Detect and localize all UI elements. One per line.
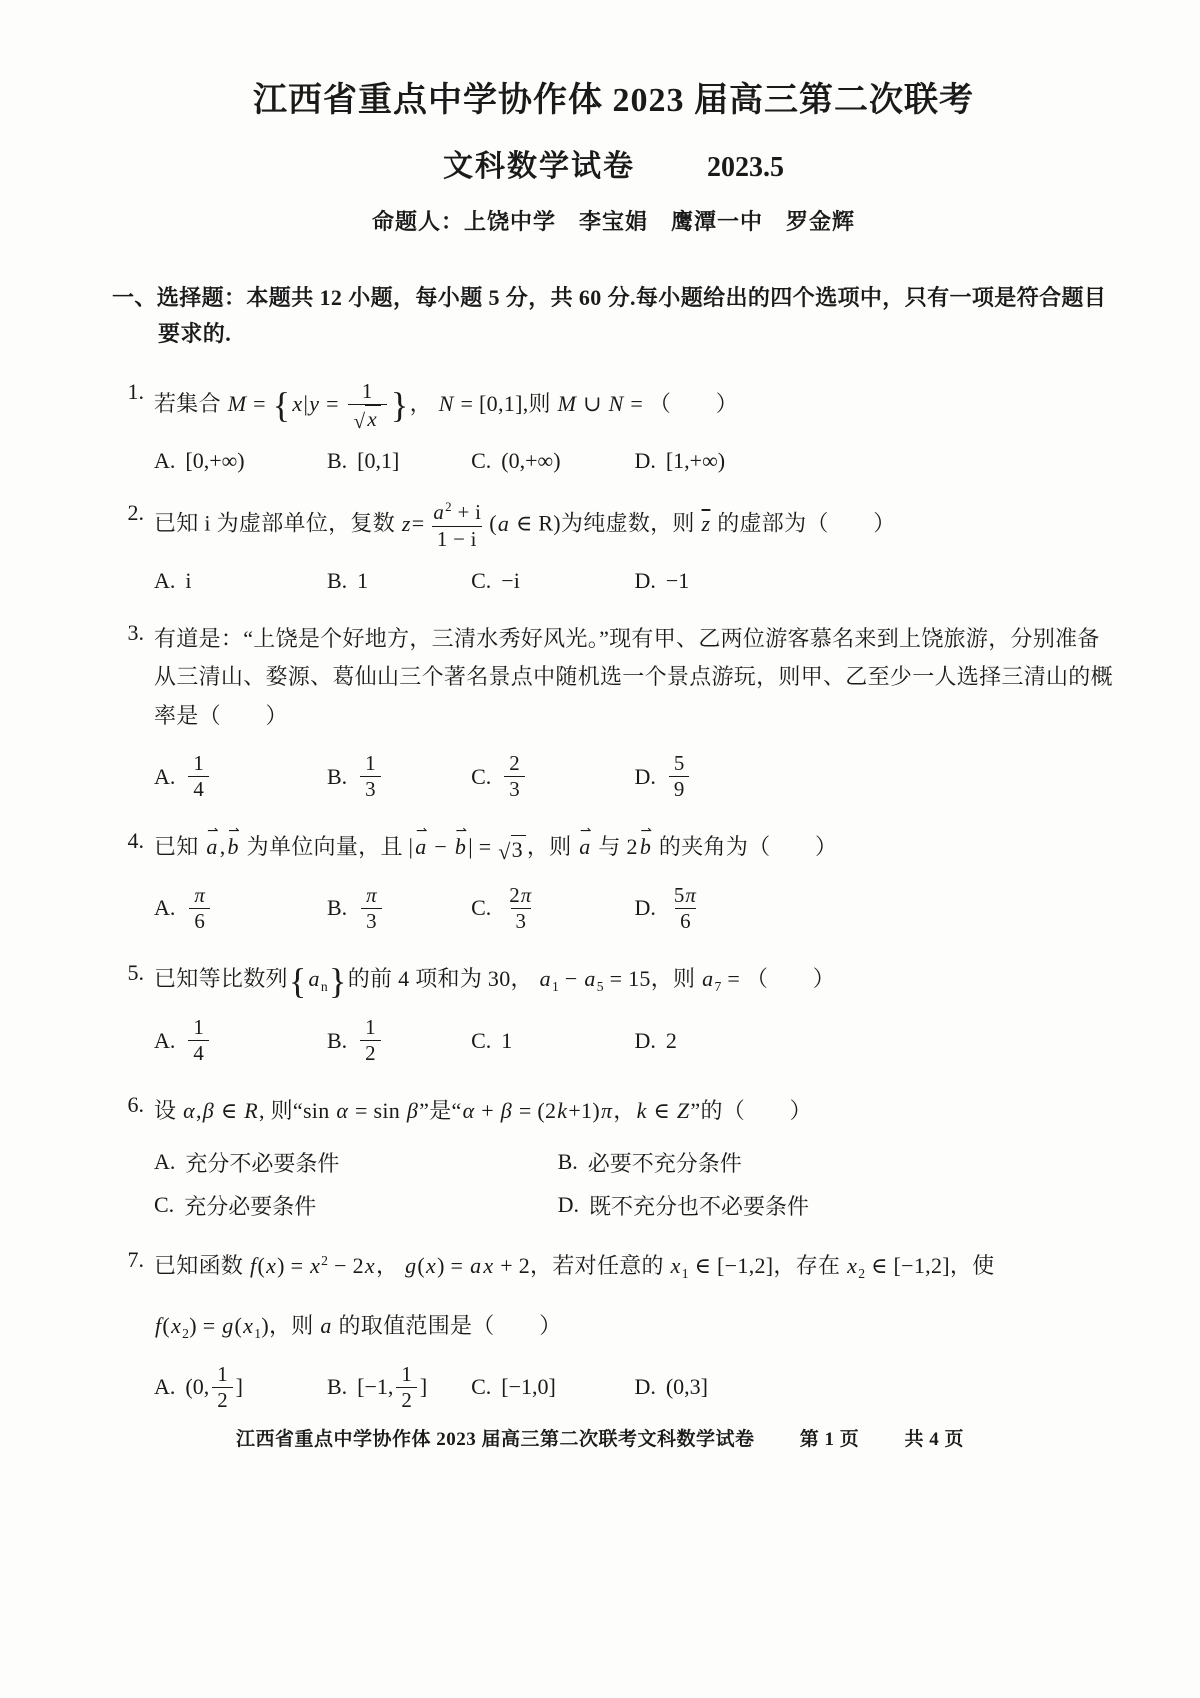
option-label: D. (634, 1374, 655, 1400)
options: A.π6B.π3C.2π3D.5π6 (154, 883, 1115, 934)
question-4: 4.已知 a,b 为单位向量，且 |a − b| = √3，则 a 与 2b 的… (112, 828, 1115, 934)
exam-subject: 文科数学试卷 (443, 141, 635, 185)
option-label: C. (471, 568, 491, 594)
option-B: B.1 (327, 568, 471, 594)
option-label: B. (327, 1374, 347, 1400)
exam-authors: 命题人：上饶中学 李宝娟 鹰潭一中 罗金辉 (112, 205, 1115, 236)
option-C: C.−i (471, 568, 634, 594)
question-number: 6. (112, 1092, 154, 1221)
question-stem: f(x2) = g(x1)，则 a 的取值范围是（ ） (154, 1307, 1115, 1346)
options: A.(0,12]B.[−1,12]C.[−1,0]D.(0,3] (154, 1362, 1115, 1413)
option-label: C. (154, 1192, 174, 1218)
question-body: 设 α,β ∈ R, 则“sin α = sin β”是“α + β = (2k… (154, 1092, 1115, 1221)
exam-subtitle-row: 文科数学试卷 2023.5 (112, 141, 1115, 185)
option-label: B. (327, 568, 347, 594)
option-B: B.[−1,12] (327, 1362, 471, 1413)
option-A: A.[0,+∞) (154, 448, 327, 474)
question-number: 2. (112, 500, 154, 593)
option-label: A. (154, 895, 175, 921)
option-C: C.1 (471, 1028, 634, 1054)
question-body: 已知 a,b 为单位向量，且 |a − b| = √3，则 a 与 2b 的夹角… (154, 828, 1115, 934)
footer-page-number: 第 1 页 (800, 1429, 860, 1450)
question-stem: 有道是：“上饶是个好地方，三清水秀好风光。”现有甲、乙两位游客慕名来到上饶旅游，… (154, 620, 1115, 736)
option-D: D.2 (634, 1028, 1115, 1054)
fraction: π6 (188, 883, 210, 934)
option-A: A.i (154, 568, 327, 594)
question-number: 1. (112, 379, 154, 475)
option-label: D. (634, 448, 655, 474)
option-label: C. (471, 1028, 491, 1054)
question-stem: 已知 a,b 为单位向量，且 |a − b| = √3，则 a 与 2b 的夹角… (154, 828, 1115, 867)
option-label: B. (327, 895, 347, 921)
question-body: 有道是：“上饶是个好地方，三清水秀好风光。”现有甲、乙两位游客慕名来到上饶旅游，… (154, 620, 1115, 803)
question-7: 7.已知函数 f(x) = x2 − 2x， g(x) = ax + 2，若对任… (112, 1247, 1115, 1413)
question-stem: 已知函数 f(x) = x2 − 2x， g(x) = ax + 2，若对任意的… (154, 1247, 1115, 1286)
question-number: 4. (112, 828, 154, 934)
fraction: 5π6 (669, 883, 702, 934)
page-footer: 江西省重点中学协作体 2023 届高三第二次联考文科数学试卷 第 1 页 共 4… (0, 1424, 1200, 1451)
option-B: B.必要不充分条件 (558, 1147, 1115, 1178)
option-label: C. (471, 895, 491, 921)
option-A: A.14 (154, 751, 327, 802)
option-label: D. (558, 1192, 579, 1218)
option-D: D.[1,+∞) (634, 448, 1115, 474)
option-D: D.5π6 (634, 883, 1115, 934)
option-D: D.−1 (634, 568, 1115, 594)
option-label: A. (154, 1374, 175, 1400)
option-label: D. (634, 1028, 655, 1054)
option-C: C.23 (471, 751, 634, 802)
option-label: C. (471, 1374, 491, 1400)
option-label: B. (327, 1028, 347, 1054)
options: A.iB.1C.−iD.−1 (154, 568, 1115, 594)
question-stem: 若集合 M = {x|y = 1√x}， N = [0,1],则 M ∪ N =… (154, 379, 1115, 433)
option-D: D.(0,3] (634, 1374, 1115, 1400)
question-stem: 已知 i 为虚部单位，复数 z=a2 + i1 − i(a ∈ R)为纯虚数，则… (154, 500, 1115, 551)
fraction: 14 (188, 751, 208, 802)
option-label: A. (154, 1149, 175, 1175)
question-stem: 设 α,β ∈ R, 则“sin α = sin β”是“α + β = (2k… (154, 1092, 1115, 1131)
exam-title: 江西省重点中学协作体 2023 届高三第二次联考 (112, 72, 1115, 121)
option-label: A. (154, 448, 175, 474)
option-D: D.59 (634, 751, 1115, 802)
option-A: A.14 (154, 1015, 327, 1066)
option-label: B. (558, 1149, 578, 1175)
option-B: B.13 (327, 751, 471, 802)
options: A.14B.12C.1D.2 (154, 1015, 1115, 1066)
fraction: 12 (360, 1015, 380, 1066)
option-C: C.充分必要条件 (154, 1190, 558, 1221)
footer-page-total: 共 4 页 (905, 1429, 965, 1450)
question-3: 3.有道是：“上饶是个好地方，三清水秀好风光。”现有甲、乙两位游客慕名来到上饶旅… (112, 620, 1115, 803)
exam-date: 2023.5 (707, 152, 784, 184)
fraction: π3 (360, 883, 382, 934)
square-root: √3 (498, 835, 526, 864)
option-label: C. (471, 764, 491, 790)
option-label: D. (634, 568, 655, 594)
option-label: D. (634, 895, 655, 921)
fraction: 12 (396, 1362, 416, 1413)
option-label: A. (154, 764, 175, 790)
options: A.[0,+∞)B.[0,1]C.(0,+∞)D.[1,+∞) (154, 448, 1115, 474)
question-stem: 已知等比数列{an}的前 4 项和为 30， a1 − a5 = 15，则 a7… (154, 960, 1115, 999)
option-label: B. (327, 448, 347, 474)
question-1: 1.若集合 M = {x|y = 1√x}， N = [0,1],则 M ∪ N… (112, 379, 1115, 475)
option-B: B.12 (327, 1015, 471, 1066)
option-label: A. (154, 1028, 175, 1054)
question-number: 5. (112, 960, 154, 1066)
fraction: 2π3 (504, 883, 537, 934)
question-6: 6.设 α,β ∈ R, 则“sin α = sin β”是“α + β = (… (112, 1092, 1115, 1221)
fraction: 13 (360, 751, 380, 802)
option-label: C. (471, 448, 491, 474)
option-C: C.2π3 (471, 883, 634, 934)
fraction: 59 (669, 751, 689, 802)
square-root: √x (354, 405, 381, 432)
option-D: D.既不充分也不必要条件 (558, 1190, 1115, 1221)
options: A.14B.13C.23D.59 (154, 751, 1115, 802)
fraction: a2 + i1 − i (427, 500, 486, 551)
option-C: C.[−1,0] (471, 1374, 634, 1400)
question-2: 2.已知 i 为虚部单位，复数 z=a2 + i1 − i(a ∈ R)为纯虚数… (112, 500, 1115, 593)
option-A: A.充分不必要条件 (154, 1147, 558, 1178)
question-body: 已知等比数列{an}的前 4 项和为 30， a1 − a5 = 15，则 a7… (154, 960, 1115, 1066)
option-label: A. (154, 568, 175, 594)
question-5: 5.已知等比数列{an}的前 4 项和为 30， a1 − a5 = 15，则 … (112, 960, 1115, 1066)
exam-page: 江西省重点中学协作体 2023 届高三第二次联考 文科数学试卷 2023.5 命… (0, 0, 1200, 1698)
fraction: 12 (212, 1362, 232, 1413)
options: A.充分不必要条件B.必要不充分条件C.充分必要条件D.既不充分也不必要条件 (154, 1147, 1115, 1221)
questions: 1.若集合 M = {x|y = 1√x}， N = [0,1],则 M ∪ N… (112, 379, 1115, 1413)
question-number: 3. (112, 620, 154, 803)
fraction: 1√x (348, 379, 387, 433)
section-heading: 一、选择题：本题共 12 小题，每小题 5 分，共 60 分.每小题给出的四个选… (112, 280, 1115, 353)
option-B: B.π3 (327, 883, 471, 934)
option-A: A.π6 (154, 883, 327, 934)
fraction: 23 (504, 751, 524, 802)
question-body: 若集合 M = {x|y = 1√x}， N = [0,1],则 M ∪ N =… (154, 379, 1115, 475)
option-C: C.(0,+∞) (471, 448, 634, 474)
question-number: 7. (112, 1247, 154, 1413)
fraction: 14 (188, 1015, 208, 1066)
option-label: D. (634, 764, 655, 790)
option-A: A.(0,12] (154, 1362, 327, 1413)
option-B: B.[0,1] (327, 448, 471, 474)
option-label: B. (327, 764, 347, 790)
question-body: 已知 i 为虚部单位，复数 z=a2 + i1 − i(a ∈ R)为纯虚数，则… (154, 500, 1115, 593)
footer-title: 江西省重点中学协作体 2023 届高三第二次联考文科数学试卷 (236, 1429, 755, 1450)
question-body: 已知函数 f(x) = x2 − 2x， g(x) = ax + 2，若对任意的… (154, 1247, 1115, 1413)
